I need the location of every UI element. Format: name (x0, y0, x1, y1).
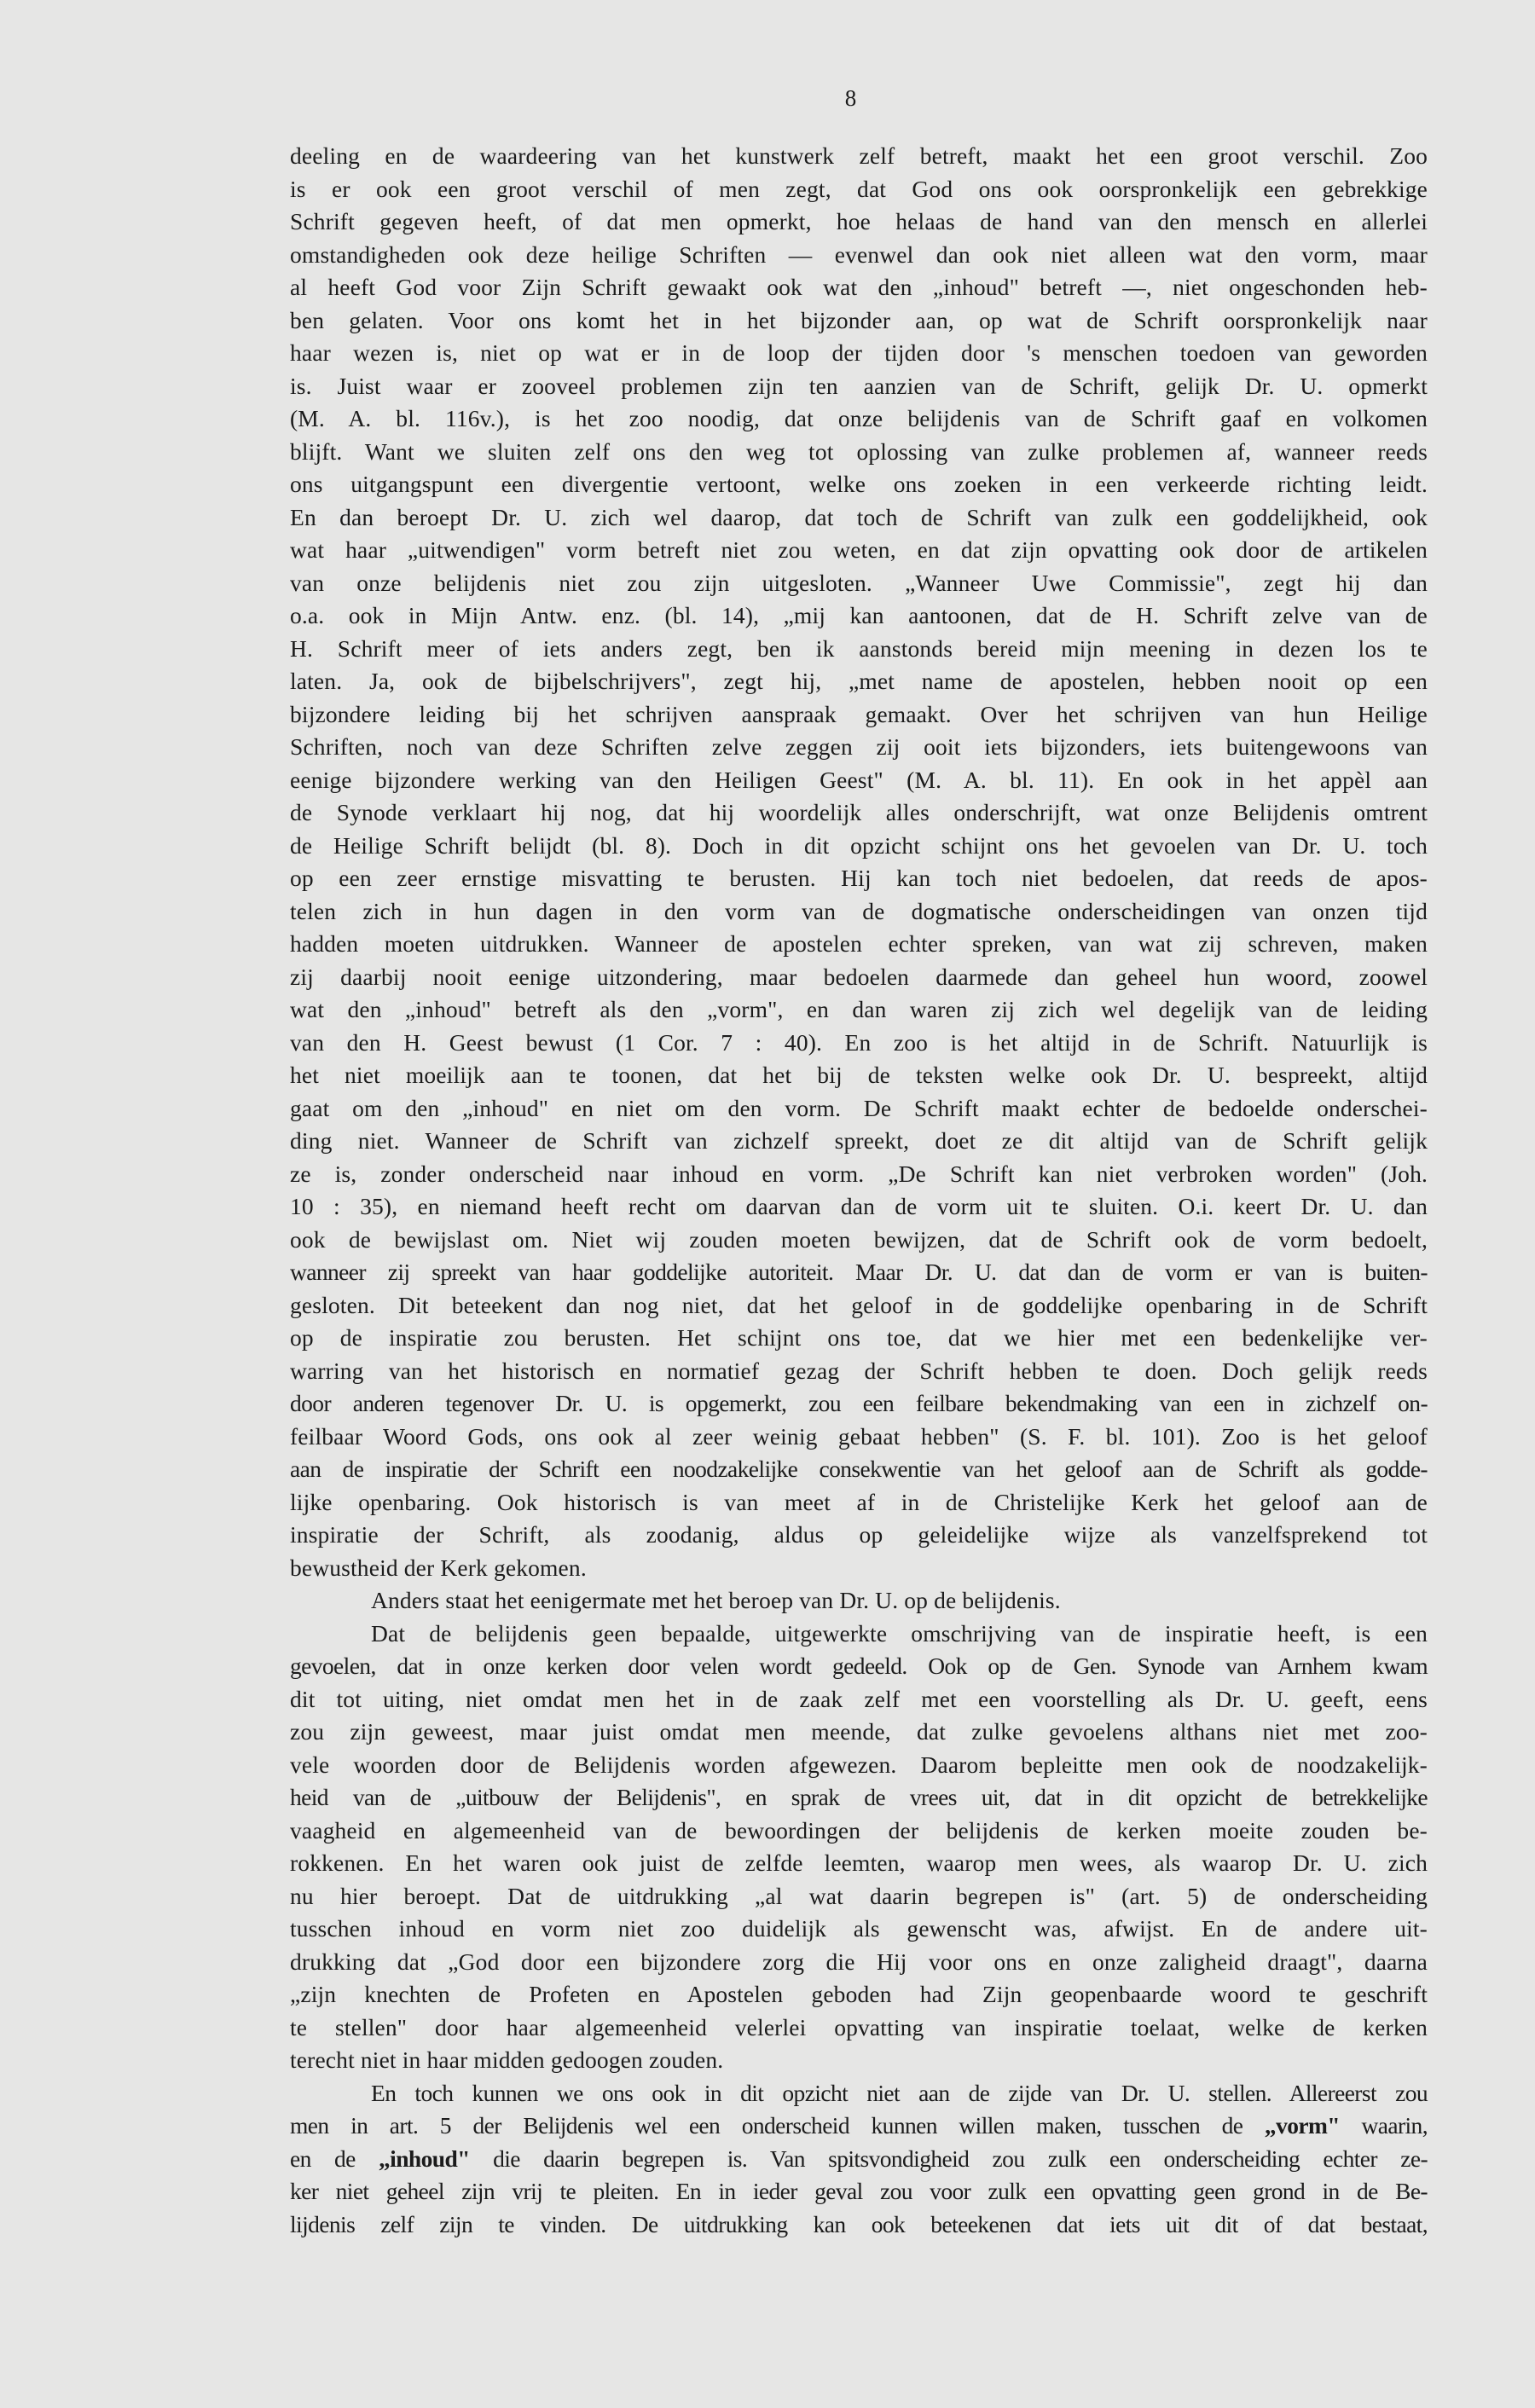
text-line: deeling en de waardeering van het kunstw… (290, 140, 1428, 173)
text-line: het niet moeilijk aan te toonen, dat het… (290, 1059, 1428, 1092)
text-line: tusschen inhoud en vorm niet zoo duideli… (290, 1913, 1428, 1946)
text-line: wat den „inhoud" betreft als den „vorm",… (290, 993, 1428, 1027)
text-segment: en de (290, 2145, 379, 2172)
text-line: te stellen" door haar algemeenheid veler… (290, 2011, 1428, 2045)
text-line: drukking dat „God door een bijzondere zo… (290, 1946, 1428, 1979)
text-line: van onze belijdenis niet zou zijn uitges… (290, 567, 1428, 600)
text-line: ben gelaten. Voor ons komt het in het bi… (290, 304, 1428, 338)
text-line: vaagheid en algemeenheid van de bewoordi… (290, 1815, 1428, 1848)
text-line: vele woorden door de Belijdenis worden a… (290, 1749, 1428, 1782)
paragraph-end-line: bewustheid der Kerk gekomen. (290, 1552, 1428, 1585)
text-line: aan de inspiratie der Schrift een noodza… (290, 1453, 1428, 1486)
text-line: bijzondere leiding bij het schrijven aan… (290, 698, 1428, 732)
text-line: wat haar „uitwendigen" vorm betreft niet… (290, 534, 1428, 567)
text-line: gesloten. Dit beteekent dan nog niet, da… (290, 1289, 1428, 1323)
text-segment: men in art. 5 der Belijdenis wel een ond… (290, 2112, 1265, 2139)
body-text: deeling en de waardeering van het kunstw… (290, 140, 1428, 2241)
text-line: zou zijn geweest, maar juist omdat men m… (290, 1716, 1428, 1749)
text-line: 10 : 35), en niemand heeft recht om daar… (290, 1190, 1428, 1224)
text-line-with-bold: en de „inhoud" die daarin begrepen is. V… (290, 2143, 1428, 2176)
page-number: 8 (0, 82, 1535, 114)
text-line: ook de bewijslast om. Niet wij zouden mo… (290, 1224, 1428, 1257)
text-line: o.a. ook in Mijn Antw. enz. (bl. 14), „m… (290, 599, 1428, 633)
paragraph-line: Anders staat het eenigermate met het ber… (290, 1584, 1428, 1618)
text-line: laten. Ja, ook de bijbelschrijvers", zeg… (290, 665, 1428, 698)
bold-term-inhoud: „inhoud" (379, 2145, 470, 2172)
text-line-with-bold: men in art. 5 der Belijdenis wel een ond… (290, 2110, 1428, 2143)
text-line: feilbaar Woord Gods, ons ook al zeer wei… (290, 1421, 1428, 1454)
text-segment: waarin, (1340, 2112, 1428, 2139)
text-line: door anderen tegenover Dr. U. is opgemer… (290, 1387, 1428, 1421)
text-line: eenige bijzondere werking van den Heilig… (290, 764, 1428, 797)
text-line: telen zich in hun dagen in den vorm van … (290, 895, 1428, 929)
paragraph-first-line: En toch kunnen we ons ook in dit opzicht… (290, 2077, 1428, 2110)
text-line: dit tot uiting, niet omdat men het in de… (290, 1683, 1428, 1716)
text-line: is. Juist waar er zooveel problemen zijn… (290, 370, 1428, 403)
text-line: op de inspiratie zou berusten. Het schij… (290, 1322, 1428, 1355)
text-line: (M. A. bl. 116v.), is het zoo noodig, da… (290, 402, 1428, 436)
text-line: haar wezen is, niet op wat er in de loop… (290, 337, 1428, 370)
text-line: is er ook een groot verschil of men zegt… (290, 173, 1428, 206)
paragraph-end-line: terecht niet in haar midden gedoogen zou… (290, 2044, 1428, 2077)
text-line: de Synode verklaart hij nog, dat hij woo… (290, 796, 1428, 830)
bold-term-vorm: „vorm" (1265, 2112, 1340, 2139)
text-line: gaat om den „inhoud" en niet om den vorm… (290, 1092, 1428, 1126)
text-line: warring van het historisch en normatief … (290, 1355, 1428, 1388)
text-segment: die daarin begrepen is. Van spitsvondigh… (470, 2145, 1428, 2172)
text-line: blijft. Want we sluiten zelf ons den weg… (290, 436, 1428, 469)
text-line: gevoelen, dat in onze kerken door velen … (290, 1650, 1428, 1683)
text-line: nu hier beroept. Dat de uitdrukking „al … (290, 1880, 1428, 1913)
text-line: hadden moeten uitdrukken. Wanneer de apo… (290, 928, 1428, 961)
text-line: inspiratie der Schrift, als zoodanig, al… (290, 1519, 1428, 1552)
text-line: lijke openbaring. Ook historisch is van … (290, 1486, 1428, 1519)
text-line: ker niet geheel zijn vrij te pleiten. En… (290, 2175, 1428, 2208)
text-line: zij daarbij nooit eenige uitzondering, m… (290, 961, 1428, 994)
paragraph-first-line: Dat de belijdenis geen bepaalde, uitgewe… (290, 1618, 1428, 1651)
text-line: rokkenen. En het waren ook juist de zelf… (290, 1847, 1428, 1880)
text-line: H. Schrift meer of iets anders zegt, ben… (290, 633, 1428, 666)
text-line: heid van de „uitbouw der Belijdenis", en… (290, 1781, 1428, 1815)
text-line: En dan beroept Dr. U. zich wel daarop, d… (290, 501, 1428, 535)
text-line: „zijn knechten de Profeten en Apostelen … (290, 1978, 1428, 2011)
text-line: lijdenis zelf zijn te vinden. De uitdruk… (290, 2208, 1428, 2242)
text-line: al heeft God voor Zijn Schrift gewaakt o… (290, 271, 1428, 304)
text-line: ze is, zonder onderscheid naar inhoud en… (290, 1158, 1428, 1191)
text-line: ons uitgangspunt een divergentie vertoon… (290, 468, 1428, 501)
text-line: Schrift gegeven heeft, of dat men opmerk… (290, 205, 1428, 239)
text-line: Schriften, noch van deze Schriften zelve… (290, 731, 1428, 764)
text-line: van den H. Geest bewust (1 Cor. 7 : 40).… (290, 1027, 1428, 1060)
text-line: ding niet. Wanneer de Schrift van zichze… (290, 1125, 1428, 1158)
text-line: wanneer zij spreekt van haar goddelijke … (290, 1256, 1428, 1289)
text-line: op een zeer ernstige misvatting te berus… (290, 862, 1428, 895)
text-line: omstandigheden ook deze heilige Schrifte… (290, 239, 1428, 272)
text-line: de Heilige Schrift belijdt (bl. 8). Doch… (290, 830, 1428, 863)
